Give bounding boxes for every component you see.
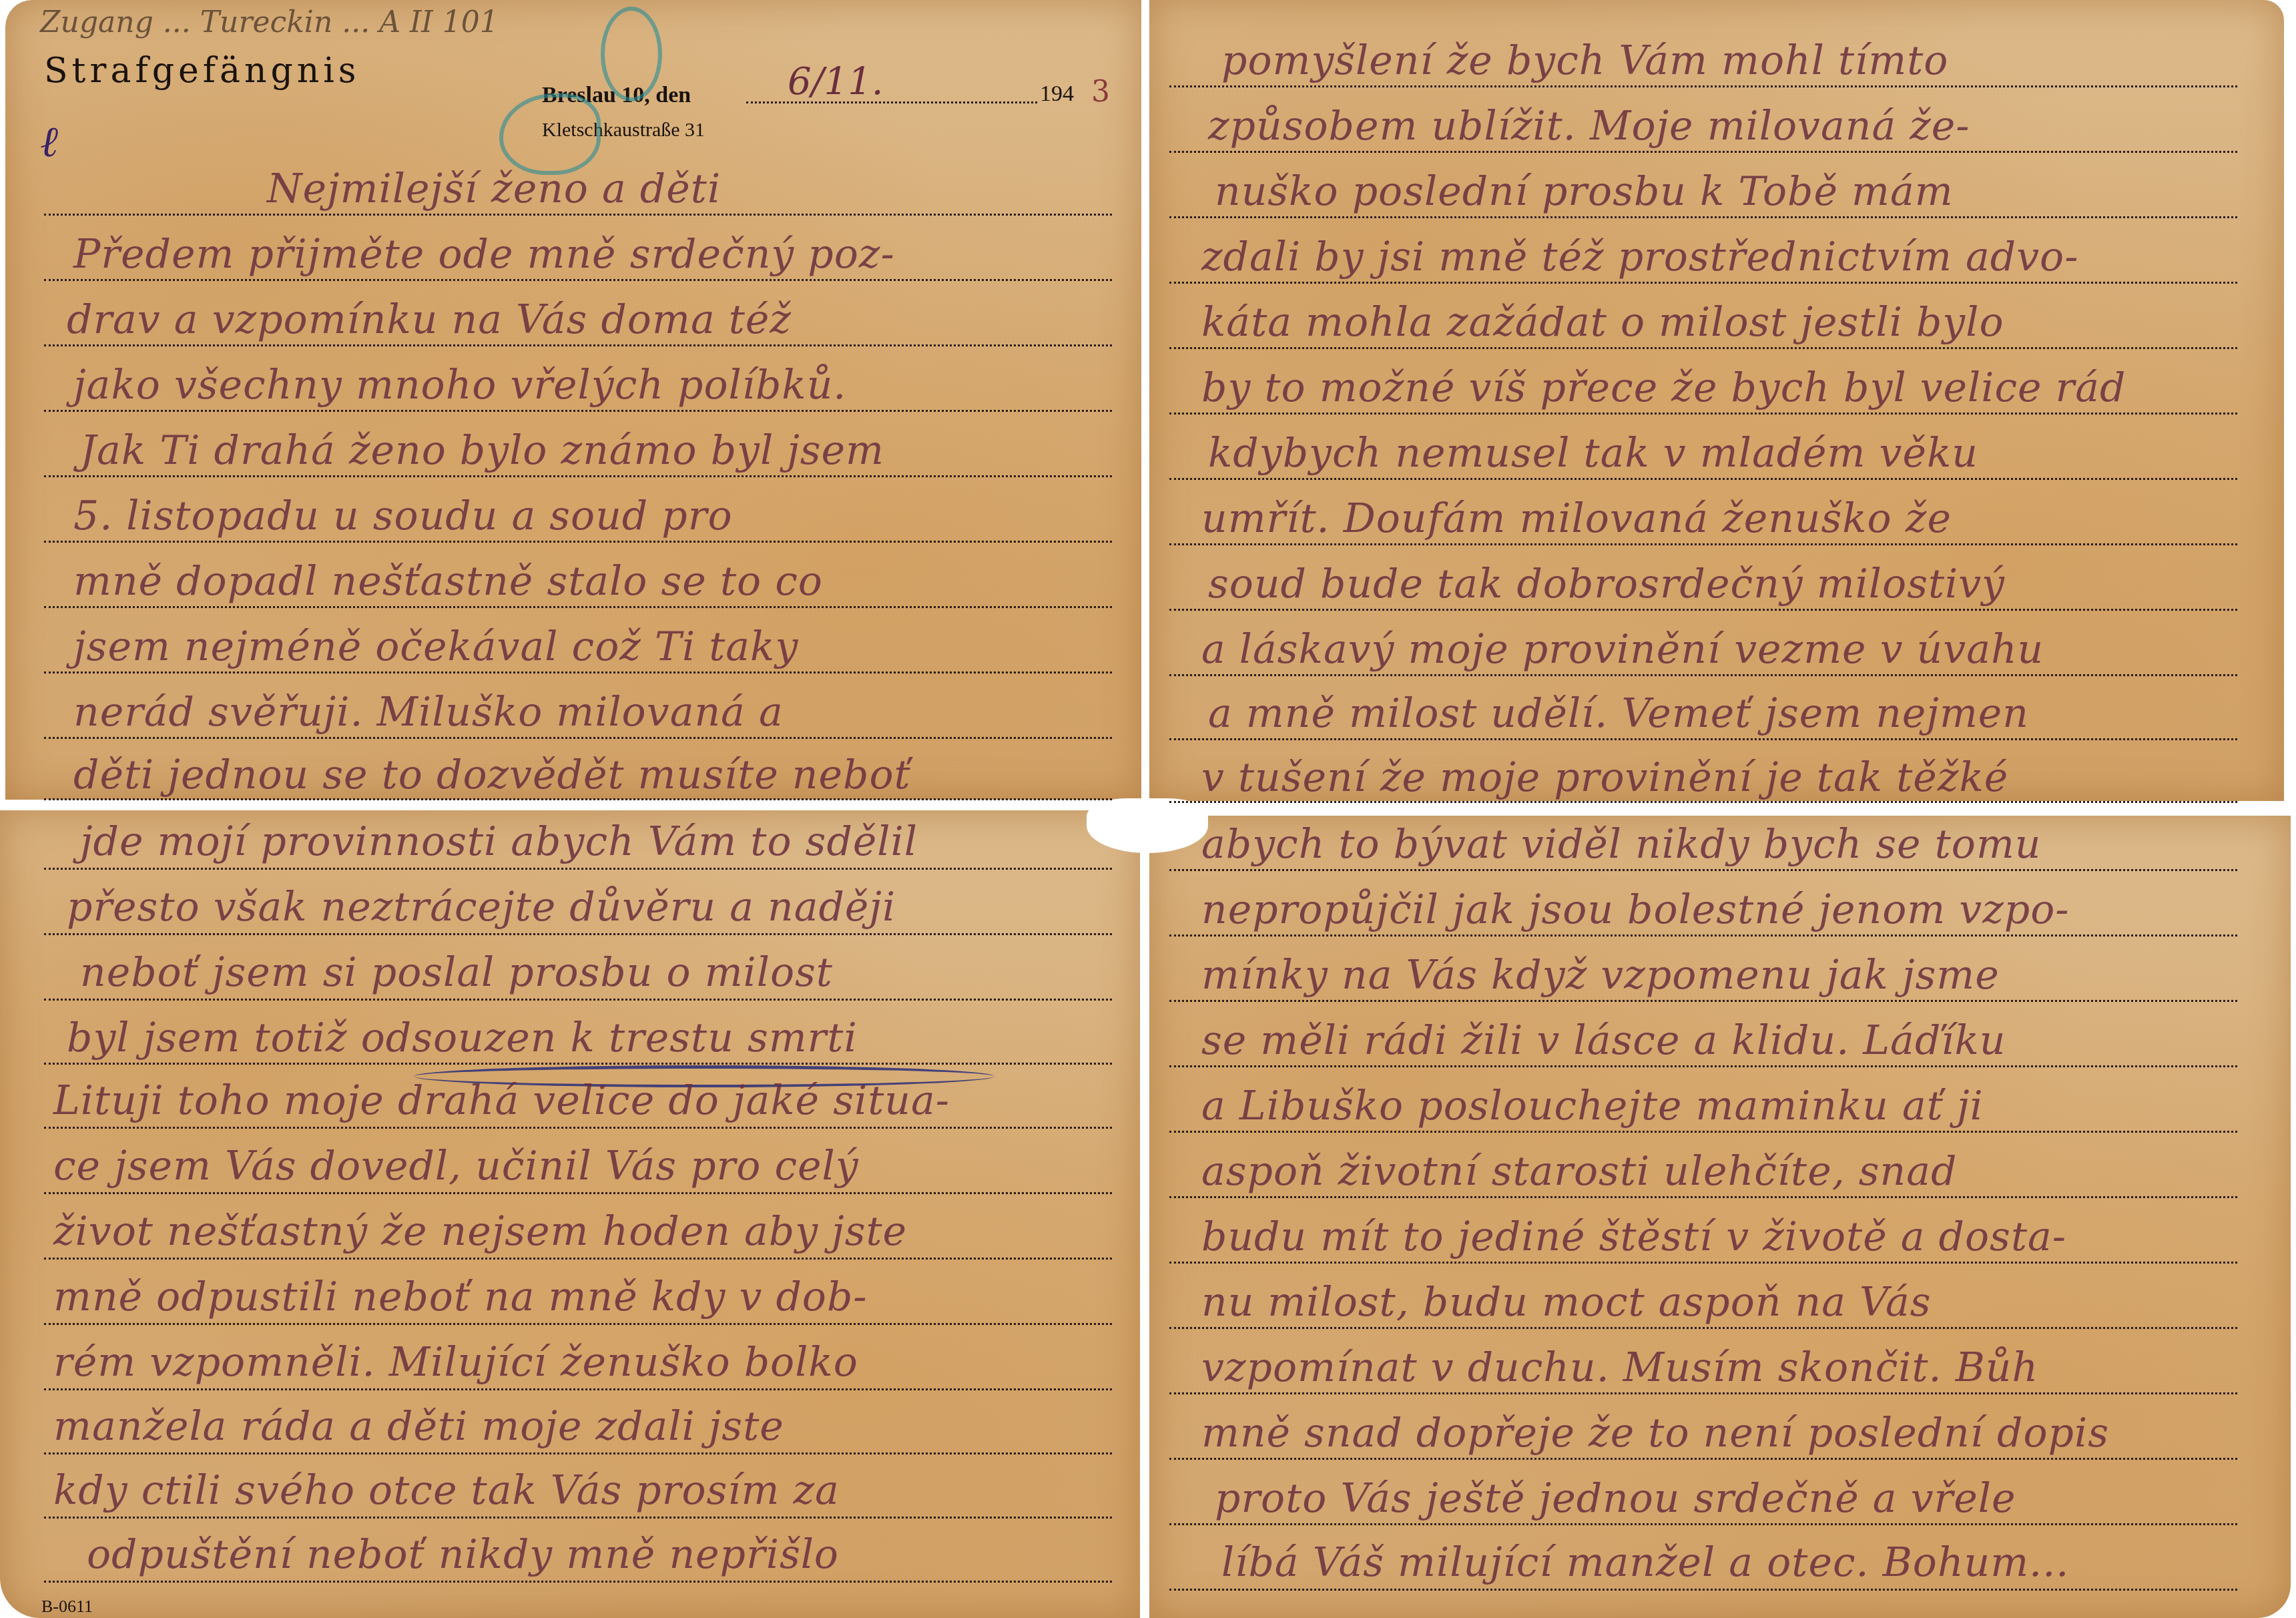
ruled-line (44, 1581, 1112, 1583)
ruled-line (44, 1063, 1112, 1065)
ruled-line (1169, 738, 2237, 740)
handwritten-line: nepropůjčil jak jsou bolestné jenom vzpo… (1201, 886, 2070, 933)
handwritten-line: nerád svěřuji. Miluško milovaná a (73, 689, 784, 736)
salutation-line: Nejmilejší ženo a děti (267, 166, 721, 212)
ruled-line (1169, 1458, 2237, 1460)
handwritten-line: ce jsem Vás dovedl, učinil Vás pro celý (53, 1143, 859, 1189)
ruled-line (44, 606, 1112, 608)
ruled-line (1169, 1196, 2237, 1198)
ruled-line (44, 868, 1112, 870)
printed-year: 194 (1040, 81, 1074, 107)
handwritten-line: jde mojí provinnosti abych Vám to sdělil (80, 818, 918, 865)
purple-ink-mark: ℓ (40, 117, 58, 167)
handwritten-line: mně snad dopřeje že to není poslední dop… (1201, 1410, 2109, 1456)
ruled-line (1169, 1131, 2237, 1133)
handwritten-line: kdybych nemusel tak v mladém věku (1208, 430, 1978, 477)
handwritten-line: Jak Ti drahá ženo bylo známo byl jsem (80, 427, 884, 474)
ruled-line (44, 1258, 1112, 1260)
handwritten-line: vzpomínat v duchu. Musím skončit. Bůh (1201, 1344, 2038, 1391)
ruled-line (1169, 934, 2237, 936)
ruled-line (1169, 282, 2237, 284)
handwritten-line: umřít. Doufám milovaná ženuško že (1201, 495, 1952, 542)
handwritten-line: jako všechny mnoho vřelých políbků. (73, 362, 846, 409)
handwritten-line: kdy ctili svého otce tak Vás prosím za (53, 1467, 840, 1514)
handwritten-line: mínky na Vás když vzpomenu jak jsme (1201, 952, 2000, 999)
handwritten-line: budu mít to jediné štěstí v životě a dos… (1201, 1213, 2066, 1260)
pencil-note-top: Zugang ... Tureckin ... A II 101 (40, 5, 499, 39)
handwritten-line: život nešťastný že nejsem hoden aby jste (53, 1208, 907, 1255)
ruled-line (1169, 478, 2237, 480)
handwritten-line: se měli rádi žili v lásce a klidu. Láďík… (1201, 1017, 2006, 1064)
ruled-line (44, 1127, 1112, 1129)
ruled-line (1169, 1262, 2237, 1264)
ruled-line (1169, 869, 2237, 871)
handwritten-line: pomyšlení že bych Vám mohl tímto (1221, 37, 1948, 84)
handwritten-line: přesto však neztrácejte důvěru a naději (67, 884, 896, 930)
ruled-line (44, 737, 1112, 739)
ruled-line (44, 933, 1112, 935)
ruled-line (1169, 543, 2237, 545)
handwritten-line: a láskavý moje provinění vezme v úvahu (1201, 626, 2044, 673)
ruled-line (1169, 1327, 2237, 1329)
ruled-line (44, 1452, 1112, 1454)
ruled-line (44, 1323, 1112, 1325)
ruled-line (1169, 1392, 2237, 1394)
institution-title: Strafgefängnis (44, 51, 360, 91)
handwritten-line: manžela ráda a děti moje zdali jste (53, 1403, 784, 1450)
handwritten-line: nuško poslední prosbu k Tobě mám (1215, 168, 1954, 215)
ruled-line (1169, 1589, 2237, 1591)
ruled-line (44, 1388, 1112, 1390)
handwritten-line: mně odpustili neboť na mně kdy v dob- (53, 1274, 868, 1320)
ruled-line (44, 1517, 1112, 1519)
handwritten-line: zdali by jsi mně též prostřednictvím adv… (1201, 234, 2078, 280)
handwritten-line: nu milost, budu moct aspoň na Vás (1201, 1279, 1931, 1326)
ruled-line (44, 410, 1112, 412)
handwritten-line: jsem nejméně očekával což Ti taky (73, 623, 798, 670)
ruled-line (44, 279, 1112, 281)
blue-pencil-mark (601, 7, 662, 101)
handwritten-line: Lituji toho moje drahá velice do jaké si… (53, 1077, 950, 1124)
handwritten-line: a Libuško poslouchejte maminku ať ji (1201, 1083, 1984, 1129)
handwritten-line: děti jednou se to dozvědět musíte neboť (73, 752, 911, 798)
ruled-line (1169, 413, 2237, 415)
handwritten-date: 6/11. (788, 60, 884, 103)
handwritten-line: káta mohla zažádat o milost jestli bylo (1201, 299, 2004, 346)
handwritten-line: 5. listopadu u soudu a soud pro (73, 493, 733, 539)
handwritten-line: by to možné víš přece že bych byl velice… (1201, 364, 2126, 411)
ruled-line (1169, 1065, 2237, 1067)
handwritten-line: abych to bývat viděl nikdy bych se tomu (1201, 821, 2041, 868)
ruled-line (44, 475, 1112, 477)
handwritten-line: rém vzpomněli. Milující ženuško bolko (53, 1339, 858, 1386)
ruled-line (44, 214, 1112, 216)
ruled-line (1169, 151, 2237, 153)
ruled-line (44, 671, 1112, 673)
handwritten-line: aspoň životní starosti ulehčíte, snad (1201, 1148, 1957, 1195)
handwritten-line: a mně milost udělí. Vemeť jsem nejmen (1208, 690, 2029, 737)
handwritten-line: mně dopadl nešťastně stalo se to co (73, 558, 823, 605)
ruled-line (1169, 801, 2237, 803)
handwritten-line: Předem přijměte ode mně srdečný poz- (73, 231, 895, 278)
ruled-line (1169, 674, 2237, 676)
center-tear (1087, 798, 1208, 853)
handwritten-line: odpuštění neboť nikdy mně nepřišlo (87, 1531, 839, 1578)
ruled-line (44, 798, 1112, 800)
ruled-line (1169, 347, 2237, 349)
handwritten-line: v tušení že moje provinění je tak těžké (1201, 754, 2008, 801)
ruled-line (44, 344, 1112, 346)
ruled-line (1169, 1523, 2237, 1525)
handwritten-line: způsobem ublížit. Moje milovaná že- (1208, 103, 1970, 150)
handwritten-line: proto Vás ještě jednou srdečně a vřele (1215, 1475, 2016, 1522)
handwritten-line-death-sentence: byl jsem totiž odsouzen k trestu smrti (67, 1015, 858, 1061)
handwritten-year-digit: 3 (1091, 75, 1110, 109)
signature-line: líbá Váš milující manžel a otec. Bohum..… (1221, 1539, 2069, 1586)
archive-code: B-0611 (41, 1597, 93, 1617)
ruled-line (1169, 85, 2237, 87)
ruled-line (1169, 609, 2237, 611)
handwritten-line: neboť jsem si poslal prosbu o milost (80, 949, 833, 996)
handwritten-line: drav a vzpomínku na Vás doma též (67, 296, 792, 343)
ruled-line (44, 1192, 1112, 1194)
ruled-line (44, 999, 1112, 1001)
ruled-line (1169, 1000, 2237, 1002)
handwritten-line: soud bude tak dobrosrdečný milostivý (1208, 561, 2005, 607)
ruled-line (1169, 216, 2237, 218)
ruled-line (44, 541, 1112, 543)
